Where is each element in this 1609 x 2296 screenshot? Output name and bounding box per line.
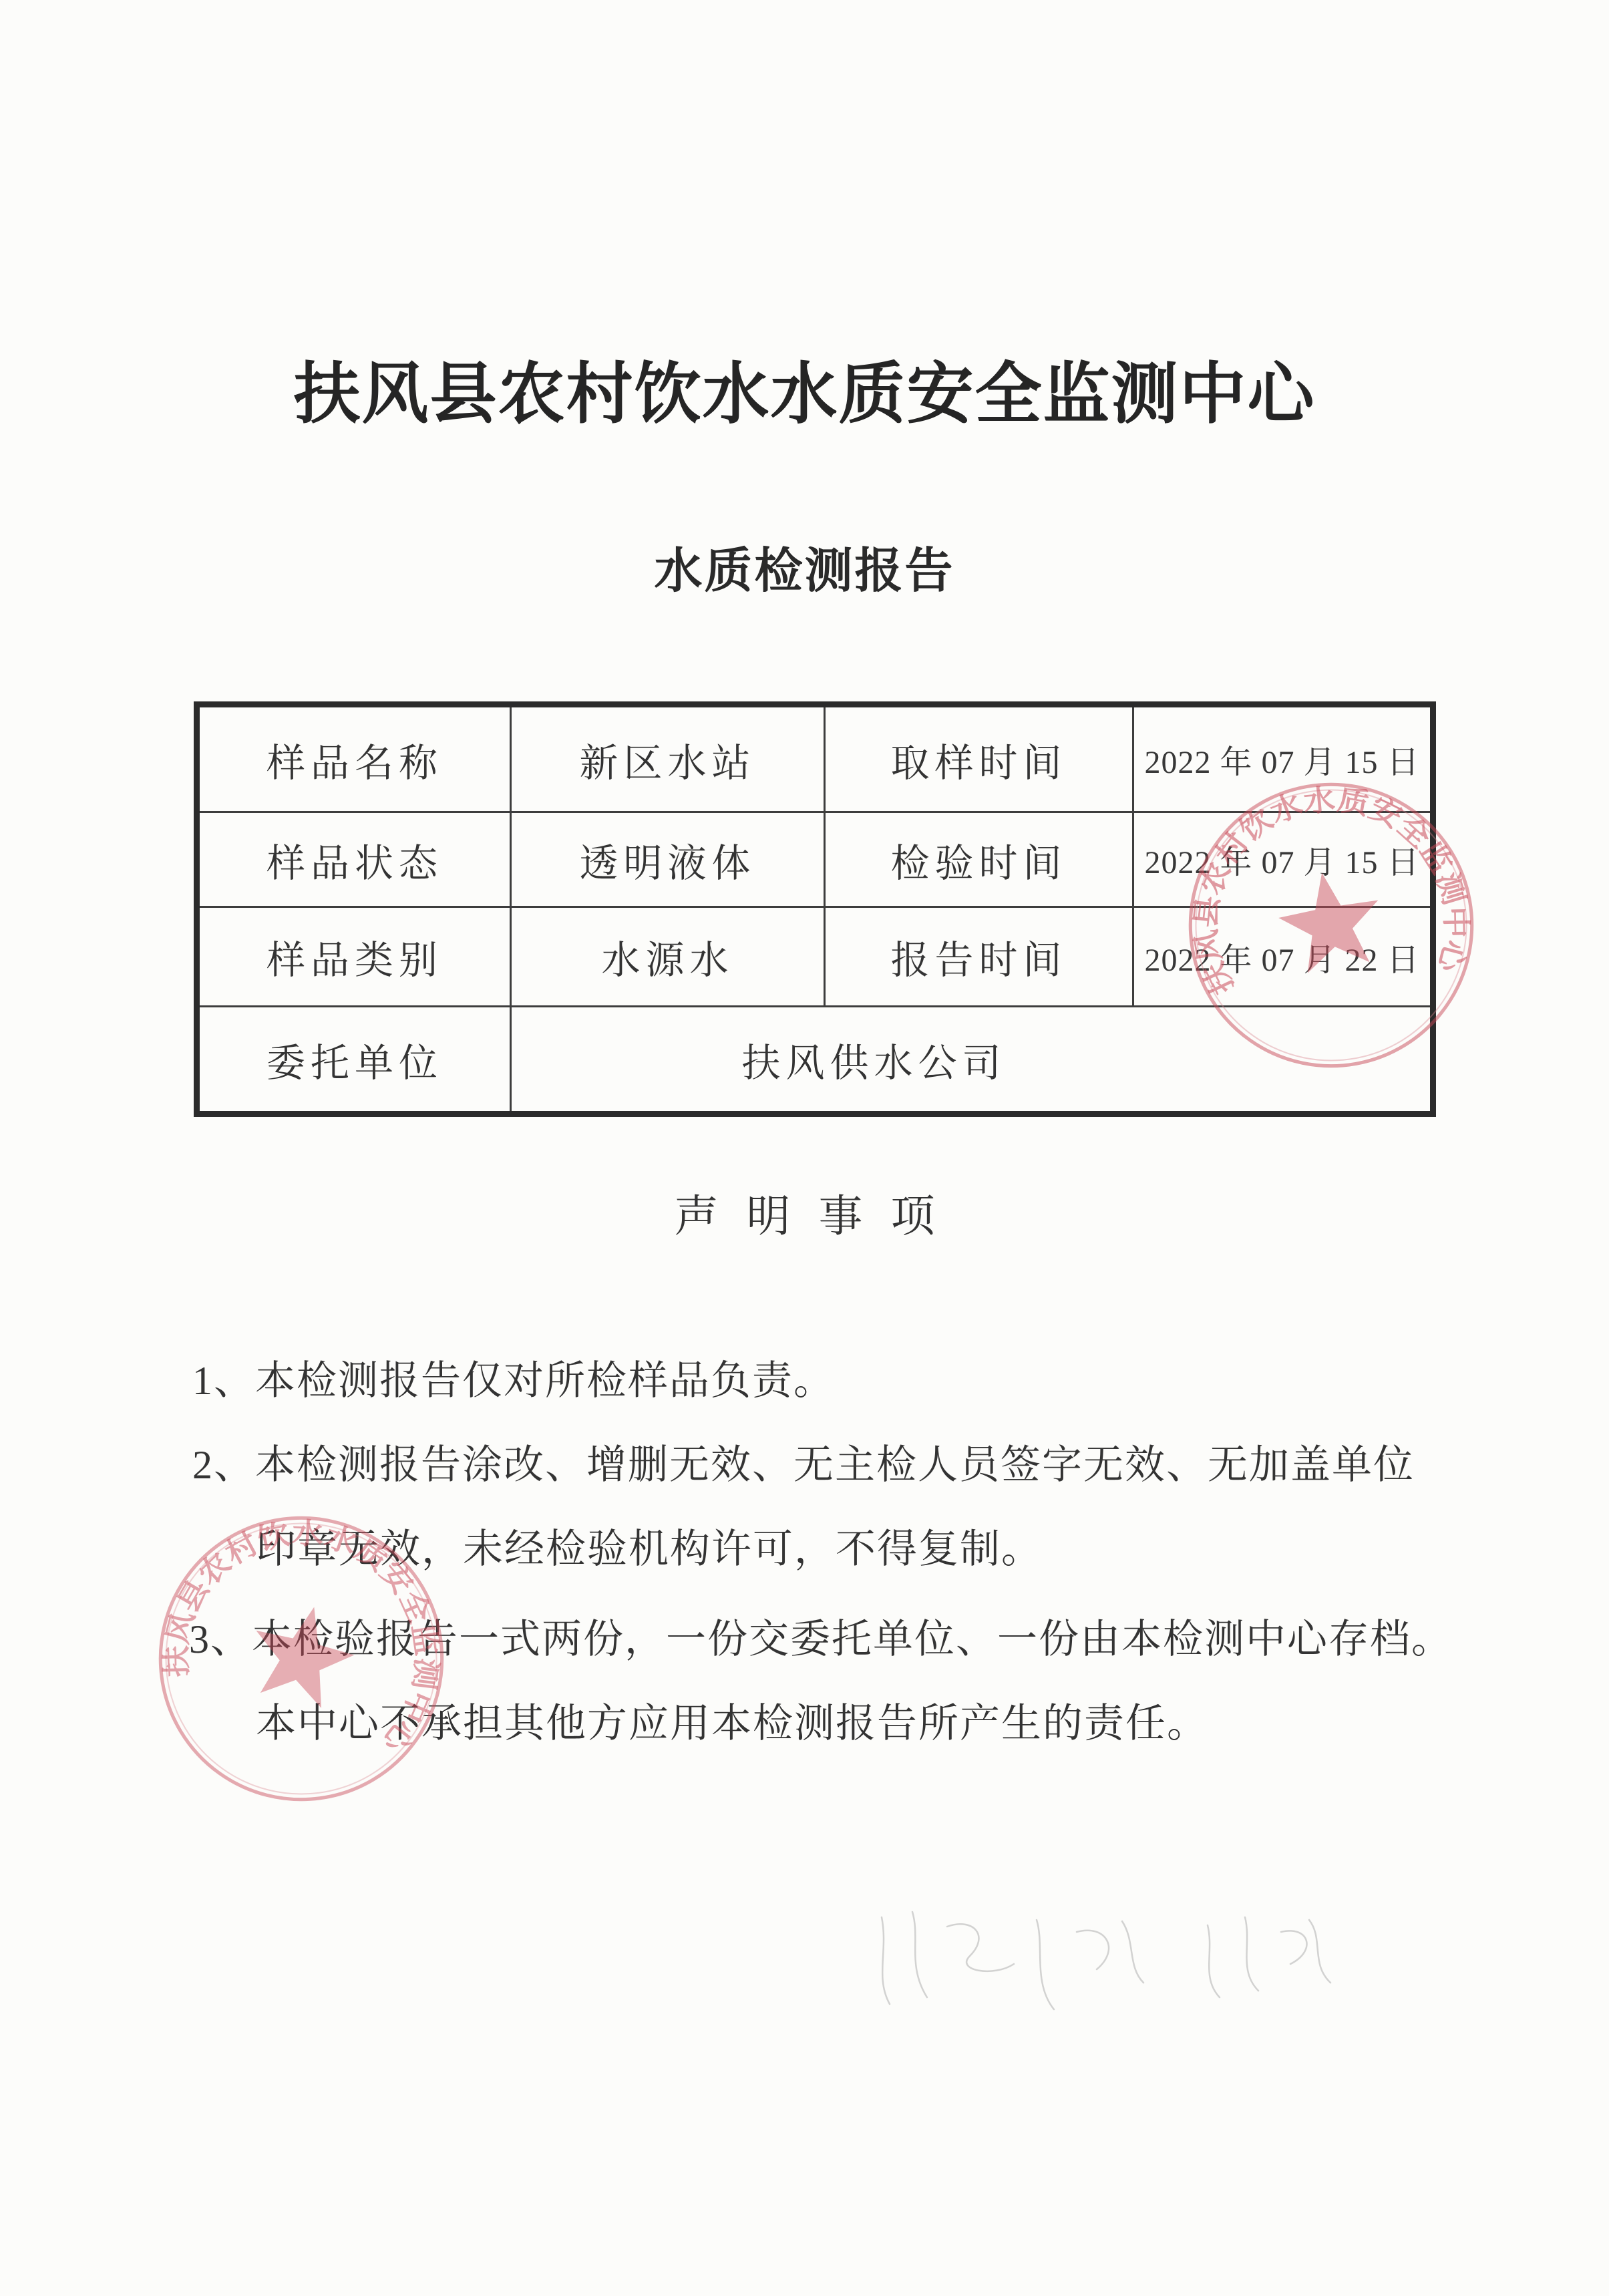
report-title: 水质检测报告 — [0, 545, 1609, 598]
row1-value: 新区水站 — [512, 707, 826, 813]
row3-value: 水源水 — [512, 908, 826, 1007]
row1-label2: 取样时间 — [826, 707, 1134, 813]
row3-label: 样品类别 — [200, 908, 512, 1007]
statement-line-2: 2、本检测报告涂改、增删无效、无主检人员签字无效、无加盖单位 — [192, 1440, 1415, 1490]
row4-label: 委托单位 — [200, 1007, 512, 1111]
seal-star-icon — [242, 1595, 363, 1713]
seal-star-icon — [1272, 864, 1389, 976]
row2-label2: 检验时间 — [826, 813, 1134, 908]
statement-line-1: 1、本检测报告仅对所检样品负责。 — [192, 1355, 835, 1406]
row2-value: 透明液体 — [512, 813, 826, 908]
row2-label: 样品状态 — [200, 813, 512, 908]
row1-label: 样品名称 — [200, 707, 512, 813]
statement-heading: 声明事项 — [0, 1193, 1609, 1242]
report-page: 扶风县农村饮水水质安全监测中心 水质检测报告 样品名称 新区水站 取样时间 20… — [0, 0, 1609, 2296]
row3-label2: 报告时间 — [826, 908, 1134, 1007]
org-title: 扶风县农村饮水水质安全监测中心 — [0, 358, 1609, 432]
signature-scribble — [842, 1897, 1376, 2031]
official-seal-right: 扶风县农村饮水水质安全监测中心 — [1157, 751, 1505, 1099]
